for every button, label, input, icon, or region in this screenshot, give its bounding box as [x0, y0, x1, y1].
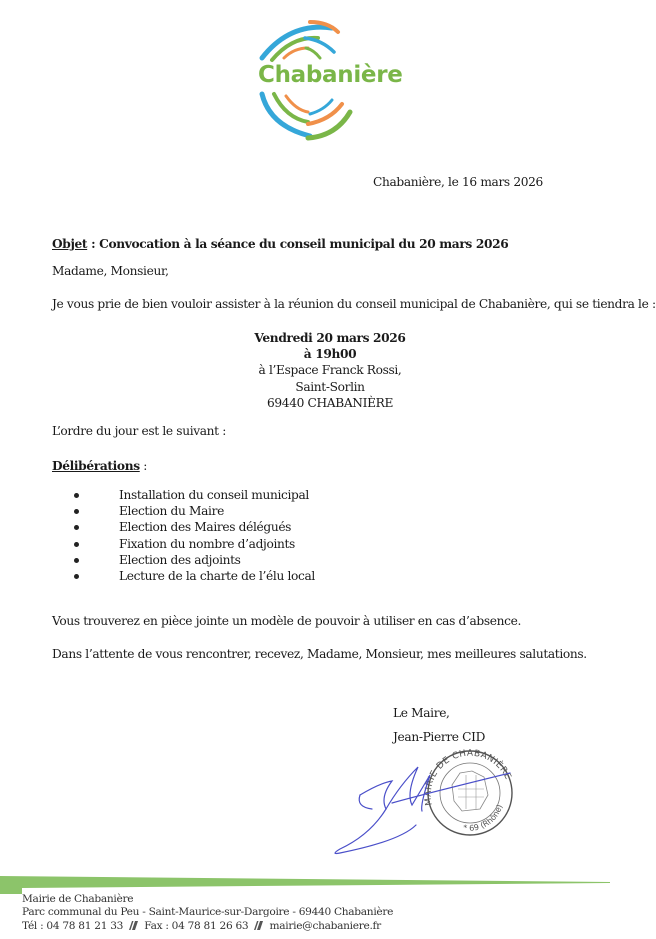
- footer-email[interactable]: mairie@chabaniere.fr: [270, 920, 381, 932]
- bullet-icon: [74, 558, 79, 563]
- chabaniere-logo: Chabanière: [250, 18, 420, 148]
- deliberation-item: Election des Maires délégués: [74, 519, 315, 535]
- meeting-locality: Saint-Sorlin: [200, 379, 460, 395]
- svg-text:* 69 (Rhône): * 69 (Rhône): [462, 803, 504, 832]
- meeting-city: 69440 CHABANIÈRE: [200, 395, 460, 411]
- signature-stamp: MAIRIE DE CHABANIÈRE * 69 (Rhône): [320, 745, 540, 865]
- meeting-date: Vendredi 20 mars 2026: [200, 330, 460, 346]
- salutation: Madame, Monsieur,: [52, 263, 169, 279]
- deliberation-item: Installation du conseil municipal: [74, 487, 315, 503]
- closing-paragraph: Dans l’attente de vous rencontrer, recev…: [52, 646, 587, 662]
- meeting-venue: à l’Espace Franck Rossi,: [200, 362, 460, 378]
- letter-object: Objet : Convocation à la séance du conse…: [52, 236, 508, 252]
- signature-icon: [335, 767, 510, 854]
- deliberation-item: Fixation du nombre d’adjoints: [74, 536, 315, 552]
- footer-band: [0, 874, 656, 894]
- deliberations-label: Délibérations: [52, 459, 140, 473]
- separator-slash-icon: [129, 921, 138, 930]
- deliberation-item: Election du Maire: [74, 503, 315, 519]
- separator-slash-icon: [254, 921, 263, 930]
- place-date: Chabanière, le 16 mars 2026: [373, 174, 543, 190]
- bullet-icon: [74, 525, 79, 530]
- signatory-title: Le Maire,: [393, 705, 450, 721]
- logo-text: Chabanière: [258, 62, 403, 88]
- footer-contact: Tél : 04 78 81 21 33 Fax : 04 78 81 26 6…: [22, 920, 393, 933]
- deliberations-heading: Délibérations :: [52, 458, 147, 474]
- intro-paragraph: Je vous prie de bien vouloir assister à …: [52, 296, 656, 312]
- deliberations-list: Installation du conseil municipalElectio…: [74, 487, 315, 584]
- deliberation-item: Lecture de la charte de l’élu local: [74, 568, 315, 584]
- object-label: Objet: [52, 237, 87, 251]
- enclosure-paragraph: Vous trouverez en pièce jointe un modèle…: [52, 613, 521, 629]
- official-stamp-icon: MAIRIE DE CHABANIÈRE * 69 (Rhône): [424, 749, 513, 835]
- bullet-icon: [74, 509, 79, 514]
- bullet-icon: [74, 542, 79, 547]
- footer-fax: Fax : 04 78 81 26 63: [144, 920, 248, 932]
- signatory-name: Jean-Pierre CID: [393, 729, 485, 745]
- deliberation-item: Election des adjoints: [74, 552, 315, 568]
- footer: Mairie de Chabanière Parc communal du Pe…: [22, 893, 393, 933]
- object-text: : Convocation à la séance du conseil mun…: [87, 237, 508, 251]
- footer-organization: Mairie de Chabanière: [22, 893, 393, 906]
- meeting-time: à 19h00: [200, 346, 460, 362]
- footer-tel: Tél : 04 78 81 21 33: [22, 920, 123, 932]
- bullet-icon: [74, 493, 79, 498]
- meeting-details: Vendredi 20 mars 2026 à 19h00 à l’Espace…: [200, 330, 460, 411]
- bullet-icon: [74, 574, 79, 579]
- footer-address: Parc communal du Peu - Saint-Maurice-sur…: [22, 906, 393, 919]
- agenda-intro: L’ordre du jour est le suivant :: [52, 423, 226, 439]
